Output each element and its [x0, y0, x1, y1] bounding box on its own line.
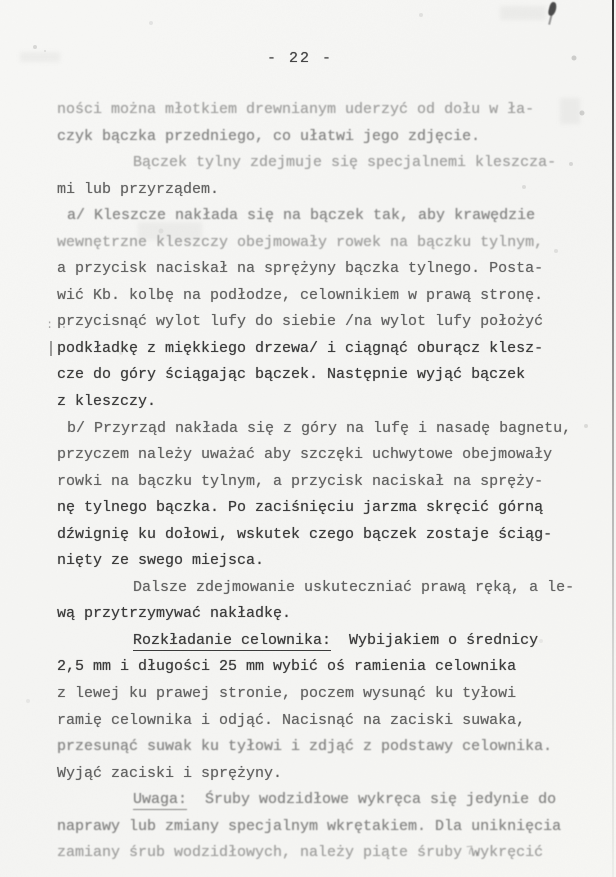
- stray-pencil-mark: 7,: [465, 842, 482, 859]
- text-line: Wyjąć zaciski i sprężyny.: [57, 761, 587, 788]
- text-line: ności można młotkiem drewnianym uderzyć …: [57, 97, 587, 124]
- text-line: 2,5 mm i długości 25 mm wybić oś ramieni…: [57, 654, 587, 681]
- text-line: wewnętrzne kleszczy obejmowały rowek na …: [57, 230, 587, 257]
- text-line: Bączek tylny zdejmuje się specjalnemi kl…: [57, 150, 587, 177]
- text-line: dźwignię ku dołowi, wskutek czego bączek…: [57, 522, 587, 549]
- paper-smudge: [20, 52, 60, 62]
- text-line: Rozkładanie celownika: Wybijakiem o śred…: [57, 628, 587, 655]
- text-line: zamiany śrub wodzidłowych, należy piąte …: [57, 840, 587, 867]
- text-line: podkładkę z miękkiego drzewa/ i ciągnąć …: [57, 336, 587, 363]
- noise-specks: [0, 0, 2, 2]
- text-line: z kleszczy.: [57, 389, 587, 416]
- text-line: a przycisk naciskał na sprężyny bączka t…: [57, 256, 587, 283]
- scan-edge-line: [612, 0, 614, 877]
- underlined-heading: Rozkładanie celownika:: [133, 632, 331, 651]
- text-line: Dalsze zdejmowanie uskuteczniać prawą rę…: [57, 575, 587, 602]
- text-line: wą przytrzymywać nakładkę.: [57, 601, 587, 628]
- text-line: a/ Kleszcze nakłada się na bączek tak, a…: [57, 203, 587, 230]
- text-line: nięty ze swego miejsca.: [57, 548, 587, 575]
- text-line: przyczem należy uważać aby szczęki uchwy…: [57, 442, 587, 469]
- text-line: wić Kb. kolbę na podłodze, celownikiem w…: [57, 283, 587, 310]
- paper-smudge: [138, 222, 202, 240]
- page-number: - 22 -: [0, 50, 600, 67]
- text-line: czyk bączka przedniego, co ułatwi jego z…: [57, 124, 587, 151]
- text-line: Uwaga: Śruby wodzidłowe wykręca się jedy…: [57, 787, 587, 814]
- paper-smudge: [500, 6, 546, 20]
- text-line: przesunąć suwak ku tyłowi i zdjąć z pods…: [57, 734, 587, 761]
- text-line: mi lub przyrządem.: [57, 177, 587, 204]
- scanned-page: - 22 - ności można młotkiem drewnianym u…: [0, 0, 616, 877]
- text-segment: Śruby wodzidłowe wykręca się jedynie do: [187, 791, 556, 808]
- margin-dash-artifact: [50, 341, 52, 356]
- text-line: naprawy lub zmiany specjalnym wkrętakiem…: [57, 814, 587, 841]
- text-line: ramię celownika i odjąć. Nacisnąć na zac…: [57, 708, 587, 735]
- corner-ink-mark: [547, 1, 557, 16]
- text-line: rowki na bączku tylnym, a przycisk nacis…: [57, 469, 587, 496]
- text-segment: Wybijakiem o średnicy: [331, 632, 538, 649]
- paper-smudge: [560, 98, 580, 124]
- margin-dots-artifact: : .: [46, 318, 68, 332]
- underlined-heading: Uwaga:: [133, 791, 187, 810]
- text-line: cze do góry ściągając bączek. Następnie …: [57, 362, 587, 389]
- text-line: nę tylnego bączka. Po zaciśnięciu jarzma…: [57, 495, 587, 522]
- document-text-block: ności można młotkiem drewnianym uderzyć …: [57, 97, 587, 867]
- text-line: b/ Przyrząd nakłada się z góry na lufę i…: [57, 416, 587, 443]
- text-line: przycisnąć wylot lufy do siebie /na wylo…: [57, 309, 587, 336]
- text-line: z lewej ku prawej stronie, poczem wysuną…: [57, 681, 587, 708]
